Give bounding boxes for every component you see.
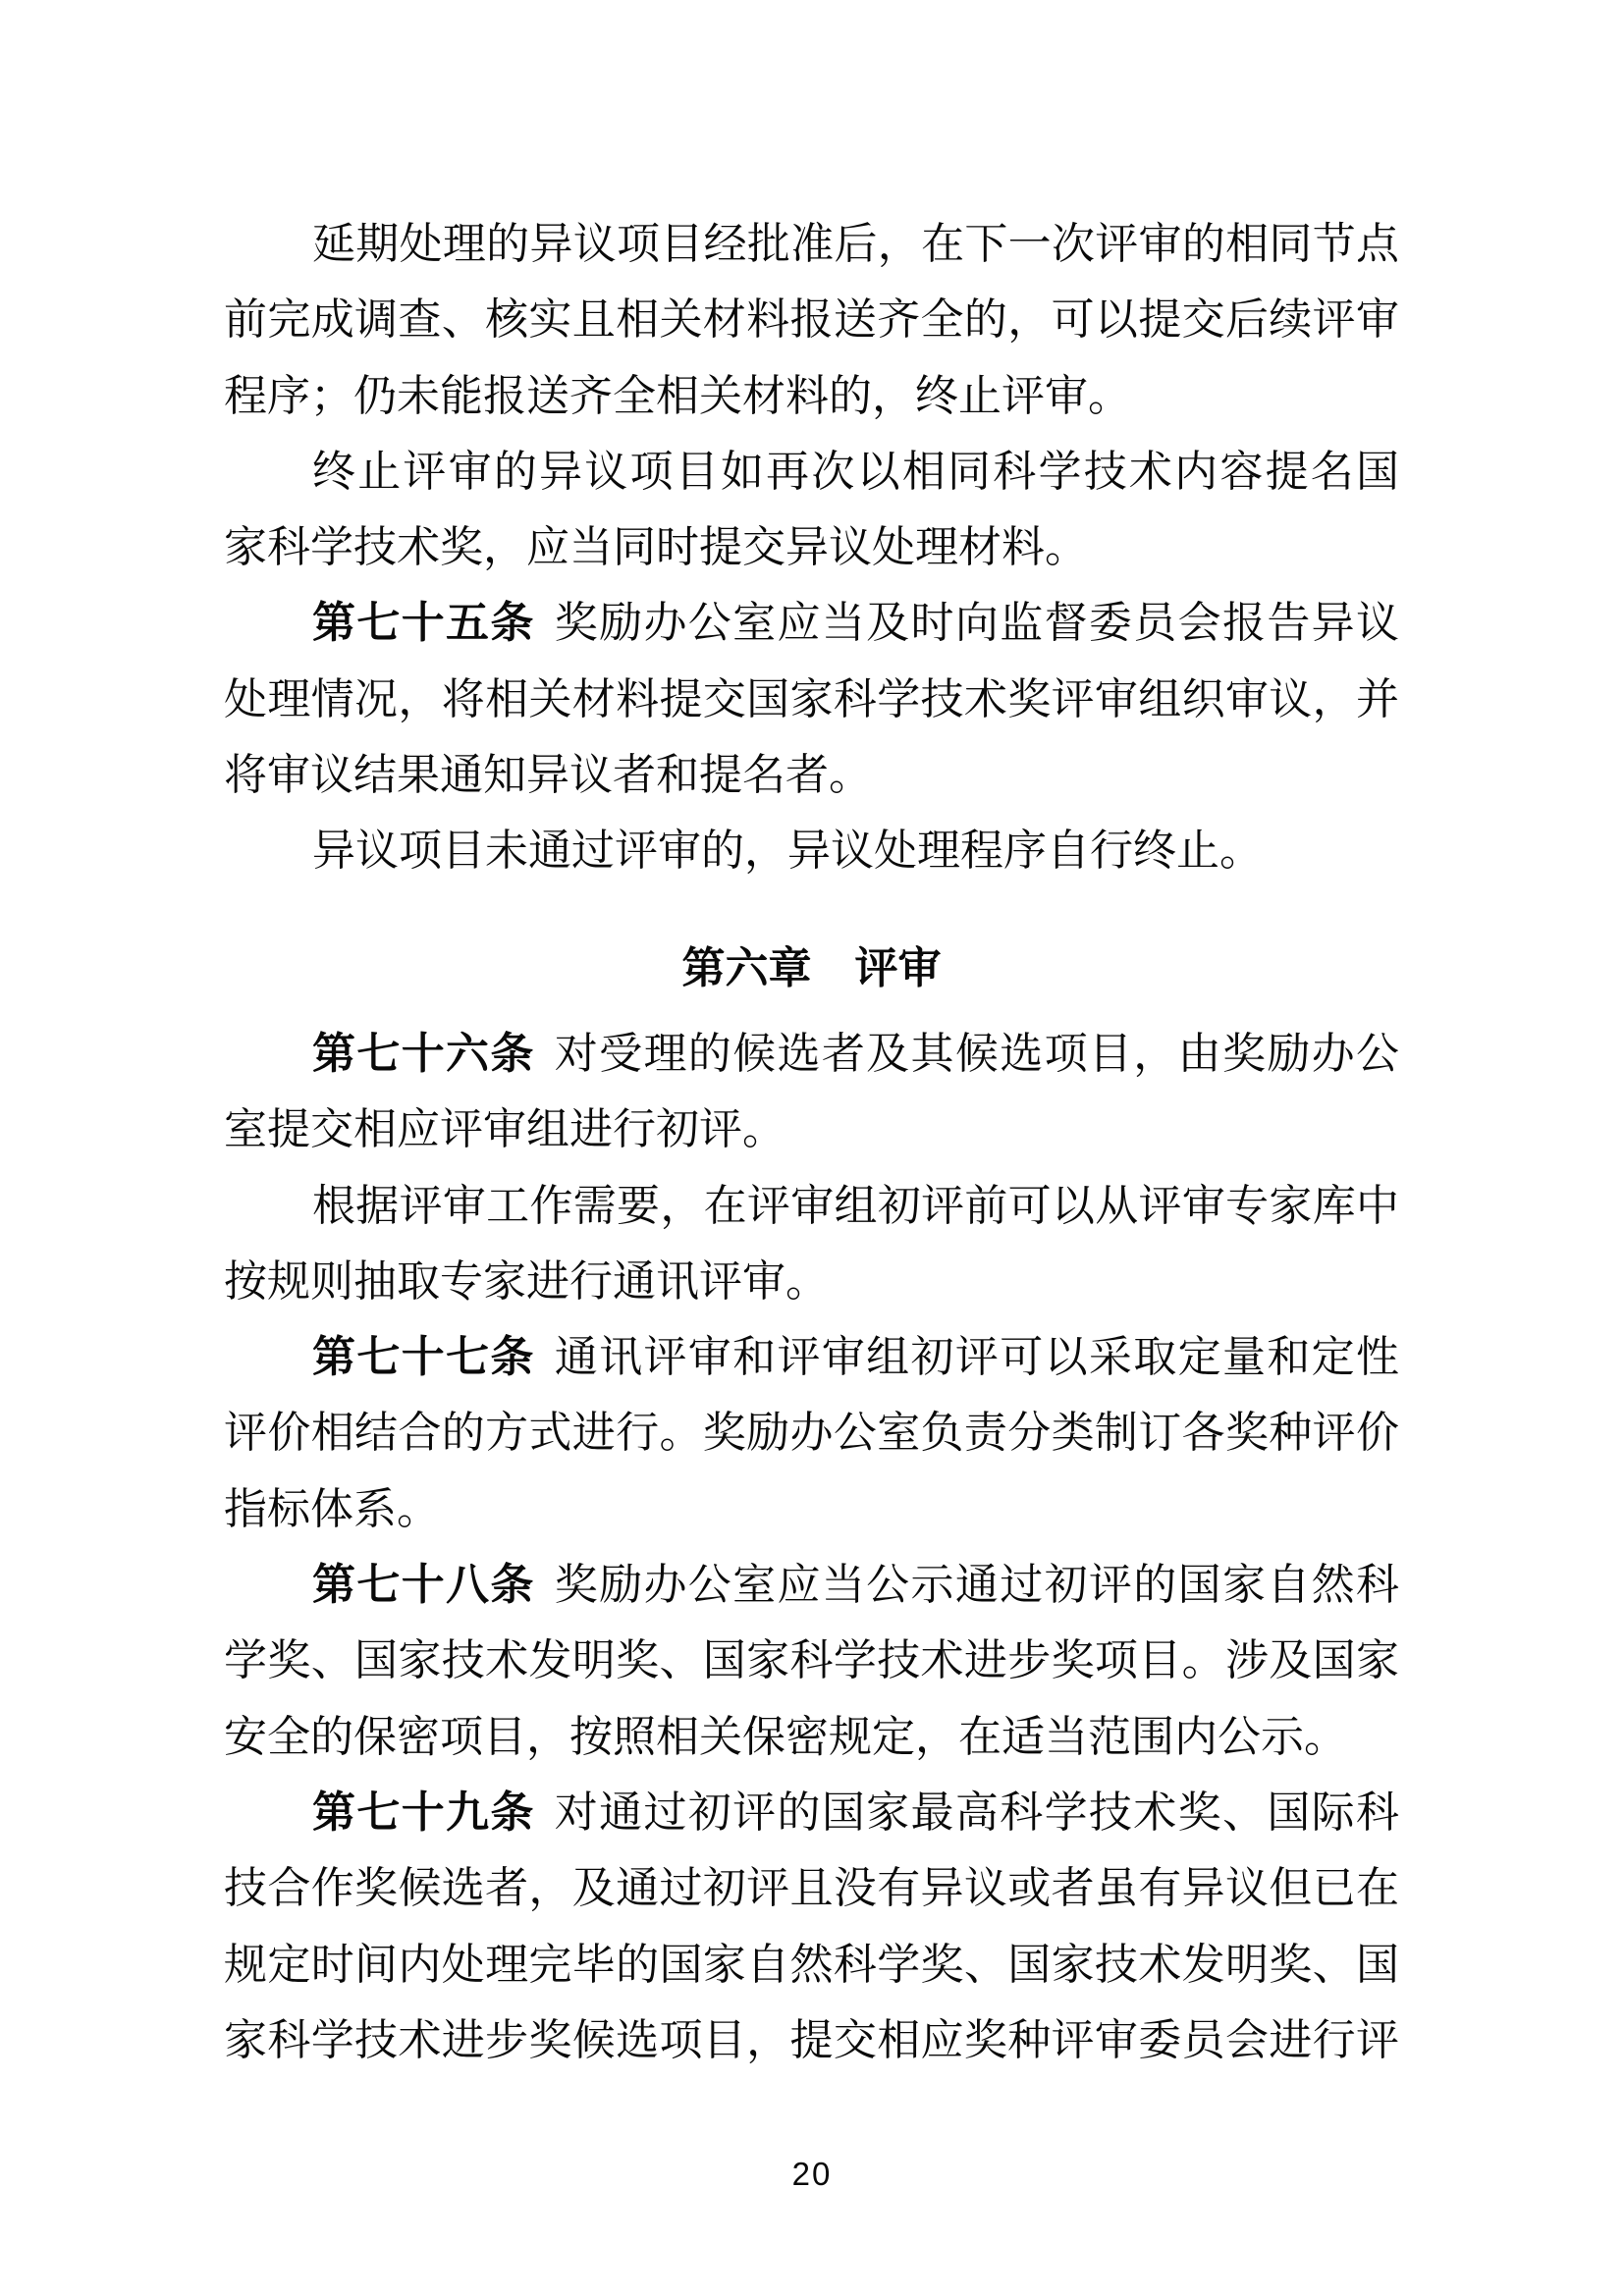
- text-line: 终止评审的异议项目如再次以相同科学技术内容提名国: [224, 434, 1399, 509]
- text-line: 延期处理的异议项目经批准后，在下一次评审的相同节点: [224, 206, 1399, 282]
- line-text: 异议项目未通过评审的，异议处理程序自行终止。: [312, 827, 1263, 875]
- line-text: 指标体系。: [224, 1485, 440, 1533]
- text-line: 处理情况，将相关材料提交国家科学技术奖评审组织审议，并: [224, 662, 1399, 737]
- line-text: 将审议结果通知异议者和提名者。: [224, 751, 872, 799]
- line-text: 学奖、国家技术发明奖、国家科学技术进步奖项目。涉及国家: [224, 1636, 1399, 1684]
- text-line: 根据评审工作需要，在评审组初评前可以从评审专家库中: [224, 1168, 1399, 1244]
- article-number: 第七十七条: [312, 1333, 535, 1381]
- chapter-heading-text: 第六章 评审: [682, 944, 942, 992]
- text-line: 安全的保密项目，按照相关保密规定，在适当范围内公示。: [224, 1699, 1399, 1775]
- line-text: 家科学技术进步奖候选项目，提交相应奖种评审委员会进行评: [224, 2016, 1399, 2064]
- text-line: 室提交相应评审组进行初评。: [224, 1092, 1399, 1167]
- line-text: 处理情况，将相关材料提交国家科学技术奖评审组织审议，并: [224, 675, 1399, 723]
- text-line: 学奖、国家技术发明奖、国家科学技术进步奖项目。涉及国家: [224, 1623, 1399, 1698]
- line-text: 安全的保密项目，按照相关保密规定，在适当范围内公示。: [224, 1713, 1347, 1761]
- text-line: 技合作奖候选者，及通过初评且没有异议或者虽有异议但已在: [224, 1850, 1399, 1926]
- text-line: 第七十八条奖励办公室应当公示通过初评的国家自然科: [224, 1547, 1399, 1623]
- text-line: 按规则抽取专家进行通讯评审。: [224, 1244, 1399, 1319]
- line-text: 按规则抽取专家进行通讯评审。: [224, 1257, 829, 1306]
- line-text: 规定时间内处理完毕的国家自然科学奖、国家技术发明奖、国: [224, 1941, 1399, 1989]
- text-line: 第七十七条通讯评审和评审组初评可以采取定量和定性: [224, 1319, 1399, 1395]
- line-text: 延期处理的异议项目经批准后，在下一次评审的相同节点: [312, 220, 1399, 268]
- document-body: 延期处理的异议项目经批准后，在下一次评审的相同节点前完成调查、核实且相关材料报送…: [224, 206, 1399, 2078]
- line-text: 家科学技术奖，应当同时提交异议处理材料。: [224, 523, 1088, 571]
- text-line: 将审议结果通知异议者和提名者。: [224, 737, 1399, 813]
- text-line: 指标体系。: [224, 1471, 1399, 1547]
- text-line: 家科学技术进步奖候选项目，提交相应奖种评审委员会进行评: [224, 2002, 1399, 2078]
- chapter-heading: 第六章 评审: [224, 931, 1399, 1006]
- line-text: 奖励办公室应当公示通过初评的国家自然科: [555, 1561, 1399, 1609]
- text-line: 第七十五条奖励办公室应当及时向监督委员会报告异议: [224, 585, 1399, 661]
- text-line: 家科学技术奖，应当同时提交异议处理材料。: [224, 509, 1399, 585]
- line-text: 对通过初评的国家最高科学技术奖、国际科: [555, 1789, 1399, 1837]
- text-line: 前完成调查、核实且相关材料报送齐全的，可以提交后续评审: [224, 282, 1399, 357]
- text-line: 程序；仍未能报送齐全相关材料的，终止评审。: [224, 358, 1399, 434]
- page-number: 20: [0, 2156, 1624, 2193]
- line-text: 终止评审的异议项目如再次以相同科学技术内容提名国: [312, 448, 1399, 496]
- line-text: 奖励办公室应当及时向监督委员会报告异议: [555, 599, 1399, 647]
- line-text: 前完成调查、核实且相关材料报送齐全的，可以提交后续评审: [224, 295, 1399, 344]
- text-line: 评价相结合的方式进行。奖励办公室负责分类制订各奖种评价: [224, 1395, 1399, 1470]
- article-number: 第七十五条: [312, 599, 535, 647]
- line-text: 对受理的候选者及其候选项目，由奖励办公: [555, 1030, 1399, 1078]
- line-text: 技合作奖候选者，及通过初评且没有异议或者虽有异议但已在: [224, 1864, 1399, 1912]
- document-page: 延期处理的异议项目经批准后，在下一次评审的相同节点前完成调查、核实且相关材料报送…: [0, 0, 1624, 2296]
- line-text: 程序；仍未能报送齐全相关材料的，终止评审。: [224, 372, 1131, 420]
- text-line: 第七十六条对受理的候选者及其候选项目，由奖励办公: [224, 1016, 1399, 1092]
- article-number: 第七十八条: [312, 1561, 535, 1609]
- line-text: 通讯评审和评审组初评可以采取定量和定性: [555, 1333, 1399, 1381]
- line-text: 室提交相应评审组进行初评。: [224, 1105, 785, 1153]
- text-line: 第七十九条对通过初评的国家最高科学技术奖、国际科: [224, 1775, 1399, 1850]
- line-text: 根据评审工作需要，在评审组初评前可以从评审专家库中: [312, 1182, 1399, 1230]
- text-line: 异议项目未通过评审的，异议处理程序自行终止。: [224, 813, 1399, 888]
- article-number: 第七十六条: [312, 1030, 535, 1078]
- article-number: 第七十九条: [312, 1789, 535, 1837]
- line-text: 评价相结合的方式进行。奖励办公室负责分类制订各奖种评价: [224, 1409, 1399, 1457]
- text-line: 规定时间内处理完毕的国家自然科学奖、国家技术发明奖、国: [224, 1927, 1399, 2002]
